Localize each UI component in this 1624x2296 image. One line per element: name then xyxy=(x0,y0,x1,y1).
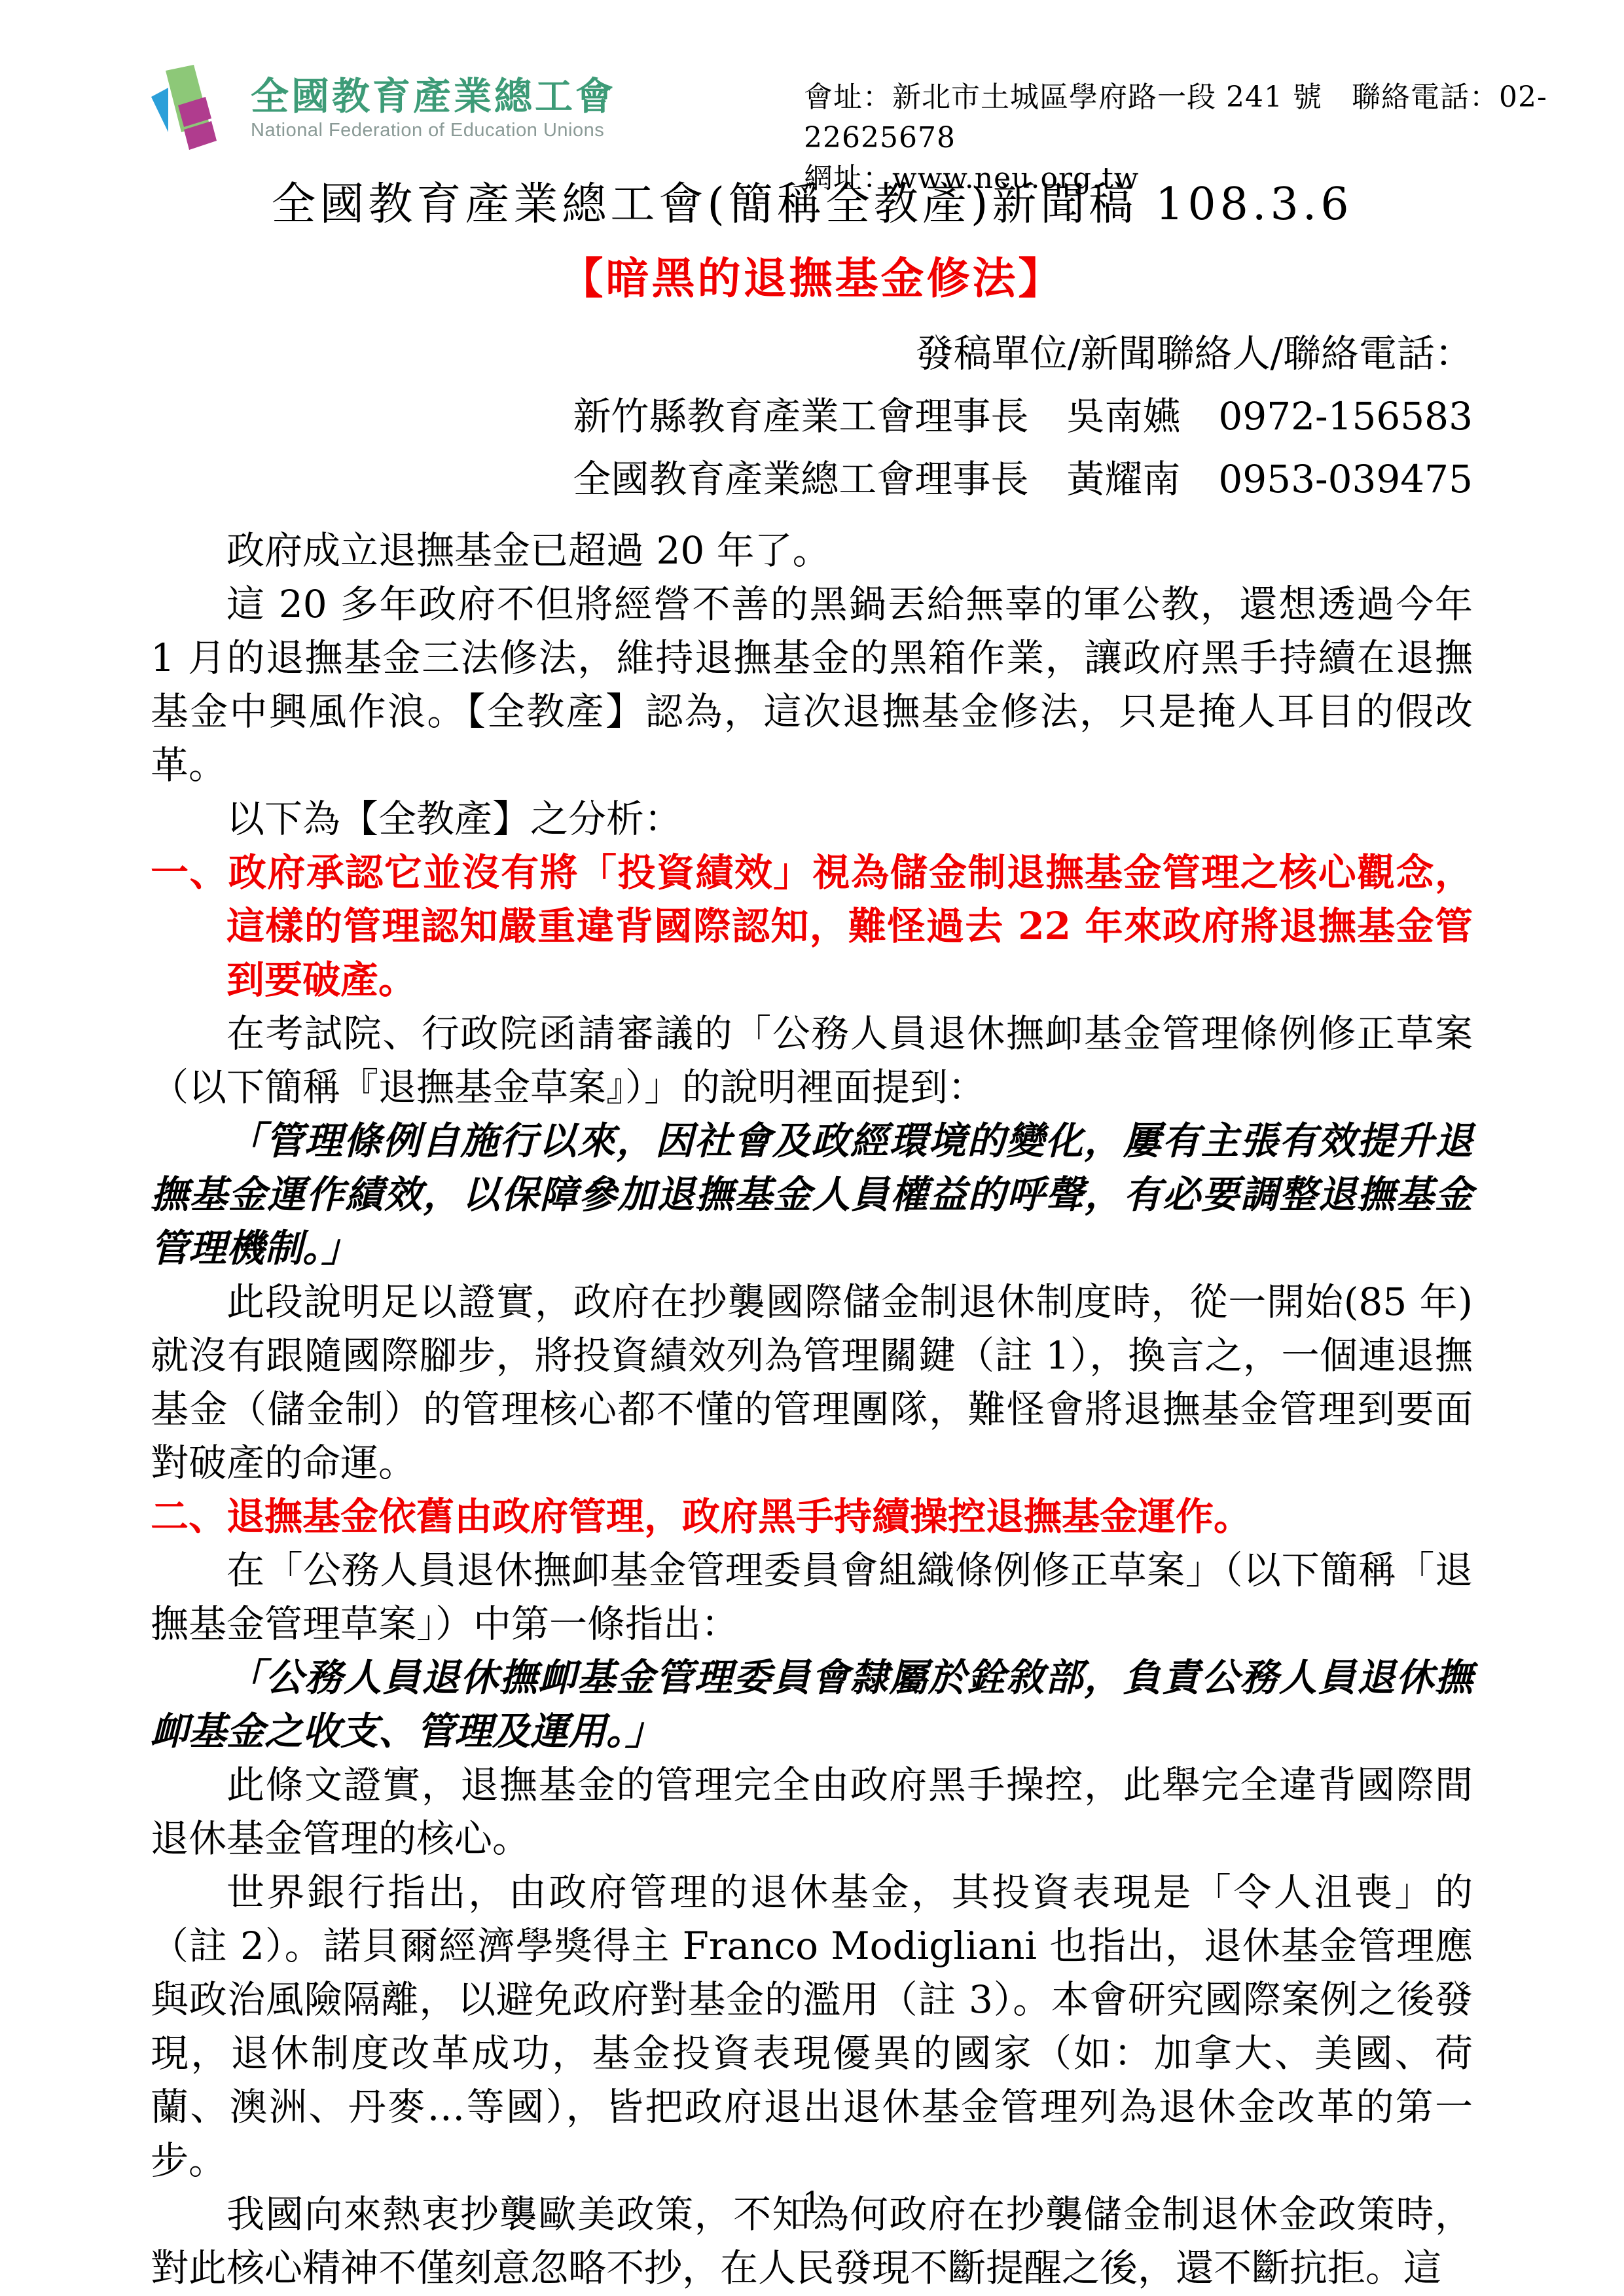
body-paragraph: 政府成立退撫基金已超過 20 年了。 xyxy=(151,524,1473,577)
press-release-page: 全國教育產業總工會 National Federation of Educati… xyxy=(0,0,1624,2296)
body-paragraph: 在「公務人員退休撫卹基金管理委員會組織條例修正草案」（以下簡稱「退撫基金管理草案… xyxy=(151,1543,1473,1651)
document-body: 政府成立退撫基金已超過 20 年了。這 20 多年政府不但將經營不善的黑鍋丟給無… xyxy=(151,524,1473,2295)
press-contact-person-2: 全國教育產業總工會理事長 黃耀南 0953-039475 xyxy=(573,448,1473,511)
page-number: 1 xyxy=(0,2185,1624,2220)
red-heading-paragraph: 一、政府承認它並沒有將「投資績效」視為儲金制退撫基金管理之核心觀念，這樣的管理認… xyxy=(151,846,1473,1007)
section-number-marker: 二、 xyxy=(151,1494,226,1539)
press-contact-block: 發稿單位/新聞聯絡人/聯絡電話： 新竹縣教育產業工會理事長 吳南嬿 0972-1… xyxy=(573,322,1473,511)
union-logo-icon xyxy=(126,64,239,154)
red-heading-text: 政府承認它並沒有將「投資績效」視為儲金制退撫基金管理之核心觀念，這樣的管理認知嚴… xyxy=(226,850,1473,1002)
logo-blue-shape xyxy=(151,88,168,132)
org-address-line: 會址：新北市土城區學府路一段 241 號 聯絡電話：02-22625678 xyxy=(804,77,1624,158)
body-paragraph: 此段說明足以證實，政府在抄襲國際儲金制退休制度時，從一開始(85 年)就沒有跟隨… xyxy=(151,1275,1473,1490)
press-contact-label: 發稿單位/新聞聯絡人/聯絡電話： xyxy=(573,322,1473,385)
section-number-marker: 一、 xyxy=(151,850,228,895)
body-paragraph: 在考試院、行政院函請審議的「公務人員退休撫卹基金管理條例修正草案（以下簡稱『退撫… xyxy=(151,1007,1473,1114)
body-paragraph: 這 20 多年政府不但將經營不善的黑鍋丟給無辜的軍公教，還想透過今年 1 月的退… xyxy=(151,577,1473,792)
page-subtitle: 【暗黑的退撫基金修法】 xyxy=(0,243,1624,306)
org-logo-text: 全國教育產業總工會 National Federation of Educati… xyxy=(251,78,616,141)
body-paragraph: 世界銀行指出，由政府管理的退休基金，其投資表現是「令人沮喪」的（註 2）。諾貝爾… xyxy=(151,1865,1473,2187)
body-paragraph: 以下為【全教產】之分析： xyxy=(151,792,1473,846)
org-name-en: National Federation of Education Unions xyxy=(251,120,616,141)
red-heading-text: 退撫基金依舊由政府管理，政府黑手持續操控退撫基金運作。 xyxy=(226,1494,1252,1539)
press-contact-person-1: 新竹縣教育產業工會理事長 吳南嬿 0972-156583 xyxy=(573,385,1473,448)
page-title: 全國教育產業總工會(簡稱全教產)新聞稿 108.3.6 xyxy=(0,169,1624,232)
quoted-statute-paragraph: 「管理條例自施行以來，因社會及政經環境的變化，屢有主張有效提升退撫基金運作績效，… xyxy=(151,1114,1473,1275)
body-paragraph: 此條文證實，退撫基金的管理完全由政府黑手操控，此舉完全違背國際間退休基金管理的核… xyxy=(151,1758,1473,1865)
org-logo: 全國教育產業總工會 National Federation of Educati… xyxy=(126,64,616,154)
red-heading-paragraph: 二、退撫基金依舊由政府管理，政府黑手持續操控退撫基金運作。 xyxy=(151,1490,1473,1543)
quoted-statute-paragraph: 「公務人員退休撫卹基金管理委員會隸屬於銓敘部，負責公務人員退休撫卹基金之收支、管… xyxy=(151,1651,1473,1758)
org-name-zh: 全國教育產業總工會 xyxy=(251,78,616,116)
